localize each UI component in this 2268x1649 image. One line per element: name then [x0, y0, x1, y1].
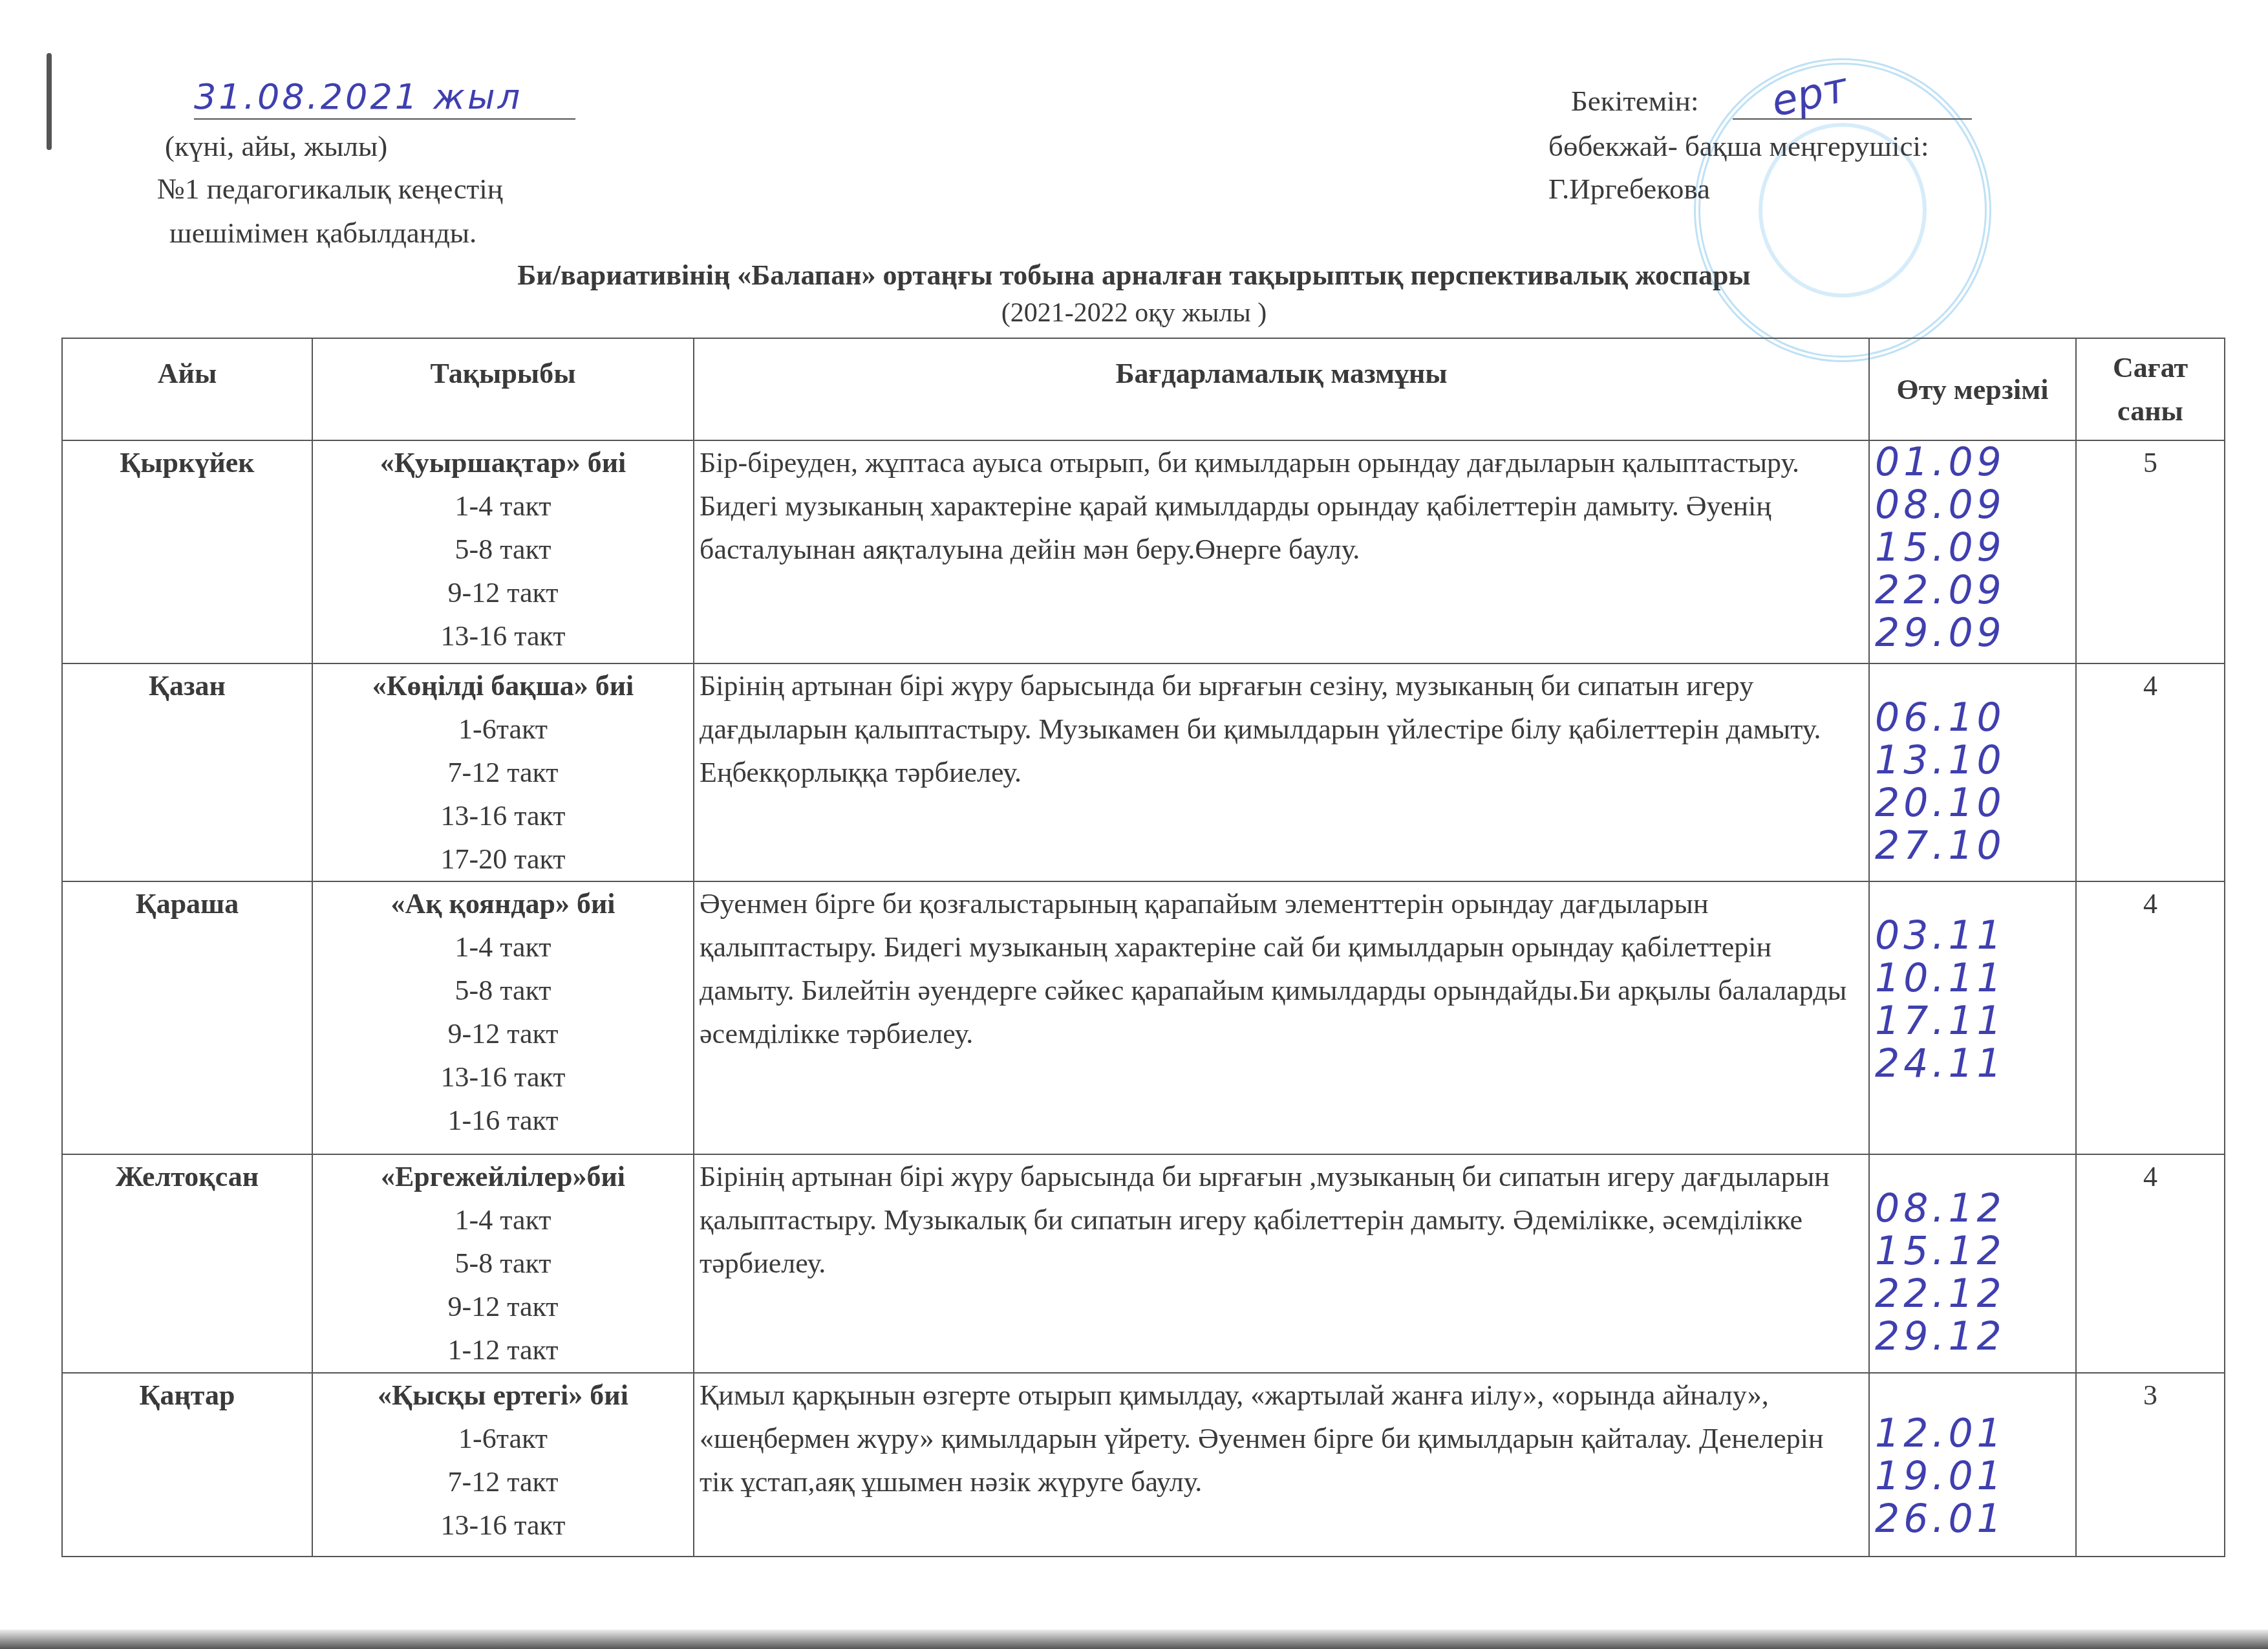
content-cell: Бірінің артынан бірі жүру барысында би ы…	[694, 1154, 1869, 1373]
month-cell: Желтоқсан	[62, 1154, 312, 1373]
dates-cell: 12.0119.0126.01	[1869, 1373, 2076, 1557]
bar-range: 7-12 такт	[318, 1460, 688, 1503]
handwritten-date-entry: 01.09	[1875, 441, 2070, 484]
handwritten-date-entry: 19.01	[1875, 1455, 2070, 1498]
dance-name: «Көңілді бақша» биі	[318, 664, 688, 707]
header-topic: Тақырыбы	[312, 338, 694, 440]
dance-name: «Қысқы ертегі» биі	[318, 1374, 688, 1417]
academic-year: (2021-2022 оқу жылы )	[0, 297, 2268, 329]
bar-range: 5-8 такт	[318, 528, 688, 571]
handwritten-date-entry: 20.10	[1875, 782, 2070, 824]
handwritten-date-entry: 29.09	[1875, 612, 2070, 654]
thematic-plan-table: Айы Тақырыбы Бағдарламалық мазмұны Өту м…	[61, 338, 2225, 1557]
council-line: №1 педагогикалық кеңестің	[157, 169, 503, 208]
bar-range: 5-8 такт	[318, 969, 688, 1012]
approve-label: Бекітемін:	[1571, 81, 1698, 120]
handwritten-date-entry: 24.11	[1875, 1042, 2070, 1085]
dance-name: «Ергежейлілер»биі	[318, 1155, 688, 1198]
handwritten-date-entry: 08.12	[1875, 1187, 2070, 1230]
document-title: Би/вариативінің «Балапан» ортаңғы тобына…	[0, 259, 2268, 292]
handwritten-date-entry: 03.11	[1875, 914, 2070, 957]
bar-range: 9-12 такт	[318, 1285, 688, 1328]
topic-cell: «Қуыршақтар» биі1-4 такт5-8 такт9-12 так…	[312, 440, 694, 663]
dates-cell: 03.1110.1117.1124.11	[1869, 881, 2076, 1154]
handwritten-date-entry: 15.12	[1875, 1230, 2070, 1273]
handwritten-date-entry: 29.12	[1875, 1315, 2070, 1358]
dates-cell: 01.0908.0915.0922.0929.09	[1869, 440, 2076, 663]
head-name: Г.Иргебекова	[1548, 169, 1710, 208]
topic-cell: «Көңілді бақша» биі1-6такт7-12 такт13-16…	[312, 663, 694, 881]
hours-cell: 4	[2076, 663, 2225, 881]
signature-line	[1733, 118, 1972, 120]
bar-range: 1-16 такт	[318, 1099, 688, 1142]
bar-range: 9-12 такт	[318, 1012, 688, 1055]
date-caption: (күні, айы, жылы)	[165, 127, 387, 166]
handwritten-date-entry: 12.01	[1875, 1412, 2070, 1455]
bar-range: 5-8 такт	[318, 1242, 688, 1285]
bar-range: 1-6такт	[318, 1417, 688, 1460]
month-cell: Қаңтар	[62, 1373, 312, 1557]
content-cell: Әуенмен бірге би қозғалыстарының қарапай…	[694, 881, 1869, 1154]
table-row: Қараша«Ақ қояндар» биі1-4 такт5-8 такт9-…	[62, 881, 2225, 1154]
date-underline	[194, 118, 575, 120]
dance-name: «Қуыршақтар» биі	[318, 441, 688, 484]
header-content: Бағдарламалық мазмұны	[694, 338, 1869, 440]
topic-cell: «Қысқы ертегі» биі1-6такт7-12 такт13-16 …	[312, 1373, 694, 1557]
bar-range: 9-12 такт	[318, 571, 688, 614]
hours-cell: 4	[2076, 881, 2225, 1154]
header-month: Айы	[62, 338, 312, 440]
content-cell: Қимыл қарқынын өзгерте отырып қимылдау, …	[694, 1373, 1869, 1557]
bar-range: 1-4 такт	[318, 1198, 688, 1242]
scan-binding-mark	[47, 53, 52, 150]
bar-range: 17-20 такт	[318, 837, 688, 881]
table-row: Қазан«Көңілді бақша» биі1-6такт7-12 такт…	[62, 663, 2225, 881]
table-row: Желтоқсан«Ергежейлілер»биі1-4 такт5-8 та…	[62, 1154, 2225, 1373]
head-position: бөбекжай- бақша меңгерушісі:	[1548, 127, 1929, 166]
month-cell: Қазан	[62, 663, 312, 881]
handwritten-date-entry: 22.12	[1875, 1273, 2070, 1315]
table-row: Қыркүйек«Қуыршақтар» биі1-4 такт5-8 такт…	[62, 440, 2225, 663]
bar-range: 13-16 такт	[318, 614, 688, 658]
bar-range: 1-12 такт	[318, 1328, 688, 1372]
bar-range: 13-16 такт	[318, 1055, 688, 1099]
handwritten-date-entry: 27.10	[1875, 824, 2070, 867]
month-cell: Қыркүйек	[62, 440, 312, 663]
bar-range: 7-12 такт	[318, 751, 688, 794]
handwritten-date-entry: 26.01	[1875, 1498, 2070, 1540]
hours-cell: 4	[2076, 1154, 2225, 1373]
header-hours: Сағат саны	[2076, 338, 2225, 440]
dates-cell: 06.1013.1020.1027.10	[1869, 663, 2076, 881]
header-dates: Өту мерзімі	[1869, 338, 2076, 440]
handwritten-date-entry: 15.09	[1875, 526, 2070, 569]
content-cell: Бір-біреуден, жұптаса ауыса отырып, би қ…	[694, 440, 1869, 663]
table-row: Қаңтар«Қысқы ертегі» биі1-6такт7-12 такт…	[62, 1373, 2225, 1557]
decision-line: шешімімен қабылданды.	[169, 213, 476, 252]
handwritten-date-entry: 13.10	[1875, 739, 2070, 782]
handwritten-date-entry: 08.09	[1875, 484, 2070, 526]
handwritten-date-entry: 22.09	[1875, 569, 2070, 612]
bar-range: 1-4 такт	[318, 484, 688, 528]
topic-cell: «Ергежейлілер»биі1-4 такт5-8 такт9-12 та…	[312, 1154, 694, 1373]
content-cell: Бірінің артынан бірі жүру барысында би ы…	[694, 663, 1869, 881]
handwritten-date: 31.08.2021 жыл	[194, 76, 522, 117]
bar-range: 13-16 такт	[318, 1503, 688, 1547]
handwritten-date-entry: 06.10	[1875, 696, 2070, 739]
hours-cell: 5	[2076, 440, 2225, 663]
hours-cell: 3	[2076, 1373, 2225, 1557]
bar-range: 13-16 такт	[318, 794, 688, 837]
bar-range: 1-4 такт	[318, 925, 688, 969]
topic-cell: «Ақ қояндар» биі1-4 такт5-8 такт9-12 так…	[312, 881, 694, 1154]
handwritten-date-entry: 10.11	[1875, 957, 2070, 1000]
table-header-row: Айы Тақырыбы Бағдарламалық мазмұны Өту м…	[62, 338, 2225, 440]
handwritten-date-entry: 17.11	[1875, 1000, 2070, 1042]
month-cell: Қараша	[62, 881, 312, 1154]
scanner-edge	[0, 1630, 2268, 1649]
dance-name: «Ақ қояндар» биі	[318, 882, 688, 925]
dates-cell: 08.1215.1222.1229.12	[1869, 1154, 2076, 1373]
bar-range: 1-6такт	[318, 707, 688, 751]
